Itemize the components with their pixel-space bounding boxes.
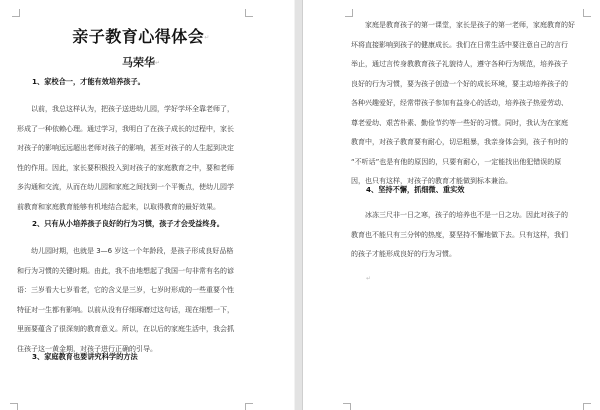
paragraph-line: 尊老爱幼、艰苦朴素、勤俭节约等一些好的习惯。同时，我认为在家庭 <box>351 114 591 134</box>
paragraph-line: 各种兴趣爱好，经常带孩子参加有益身心的活动，培养孩子热爱劳动、 <box>351 94 591 114</box>
paragraph-line: 多沟通和交流，从而在幼儿园和家庭之间找到一个平衡点，使幼儿园学 <box>17 178 257 198</box>
crop-mark-top-right <box>245 9 253 17</box>
section-2-heading: 2、只有从小培养孩子良好的行为习惯，孩子才会受益终身。 <box>32 219 224 229</box>
section-4-heading: 4、坚持不懈，抓细微、重实效 <box>366 185 464 195</box>
paragraph-line: 幼儿园时期，也就是 3—6 岁这一个年龄段，是孩子形成良好品格 <box>17 242 257 262</box>
paragraph-line: 教育中，对孩子教育要有耐心，切忌粗暴，我亲身体会到，孩子有时的 <box>351 133 591 153</box>
section-3-heading: 3、家庭教育也要讲究科学的方法 <box>32 352 138 362</box>
section-2-paragraph: 幼儿园时期，也就是 3—6 岁这一个年龄段，是孩子形成良好品格 和行为习惯的关键… <box>17 242 257 359</box>
paragraph-line: 性的作用。因此，家长要积极投入到对孩子的家庭教育之中，要和老师 <box>17 159 257 179</box>
document-page-1[interactable]: 亲子教育心得体会↵ 马荣华↵ 1、家校合一，才能有效培养孩子。 以前，我总这样认… <box>0 0 294 410</box>
section-4-paragraph: 冰冻三尺非一日之寒，孩子的培养也不是一日之功。因此对孩子的 教育也不能只有三分钟… <box>351 206 591 265</box>
document-title-text: 亲子教育心得体会 <box>72 27 204 46</box>
document-author: 马荣华↵ <box>0 54 282 70</box>
paragraph-line: 教育也不能只有三分钟的热度，要坚持不懈地做下去。只有这样，我们 <box>351 226 591 246</box>
document-title: 亲子教育心得体会↵ <box>0 24 282 47</box>
paragraph-line: 冰冻三尺非一日之寒，孩子的培养也不是一日之功。因此对孩子的 <box>351 206 591 226</box>
crop-mark-bottom-left <box>343 403 351 410</box>
paragraph-mark-icon: ↵ <box>366 275 371 282</box>
document-page-2[interactable]: 家庭是教育孩子的第一课堂，家长是孩子的第一老师，家庭教育的好 坏将直接影响到孩子… <box>303 0 600 410</box>
paragraph-mark-icon: ↵ <box>204 34 210 41</box>
paragraph-line: 形成了一种依赖心理。通过学习，我明白了在孩子成长的过程中，家长 <box>17 120 257 140</box>
crop-mark-top-left <box>12 9 20 17</box>
paragraph-line: 家庭是教育孩子的第一课堂，家长是孩子的第一老师，家庭教育的好 <box>351 16 591 36</box>
paragraph-line: 语：三岁看大七岁看老，它的含义是三岁，七岁时形成的一些重要个性 <box>17 281 257 301</box>
author-name: 马荣华 <box>122 56 155 69</box>
crop-mark-bottom-right <box>583 403 591 410</box>
paragraph-mark-icon: ↵ <box>155 60 160 67</box>
crop-mark-bottom-left <box>10 403 18 410</box>
paragraph-line: 的孩子才能形成良好的行为习惯。 <box>351 245 591 265</box>
paragraph-line: 以前，我总这样认为，把孩子送进幼儿园，学好学坏全靠老师了， <box>17 100 257 120</box>
section-1-heading: 1、家校合一，才能有效培养孩子。 <box>32 77 145 87</box>
page-separator <box>294 0 303 410</box>
paragraph-line: 良好的行为习惯，要为孩子创造一个好的成长环境，要主动培养孩子的 <box>351 75 591 95</box>
paragraph-line: 举止，通过言传身教教育孩子礼貌待人，遵守各种行为规范，培养孩子 <box>351 55 591 75</box>
paragraph-line: 对孩子的影响远远超出老师对孩子的影响，甚至对孩子的人生起到决定 <box>17 139 257 159</box>
paragraph-line: 前教育和家庭教育能够有机地结合起来，以取得教育的最好效果。 <box>17 198 257 218</box>
paragraph-line: 和行为习惯的关键时期。由此，我不由地想起了我国一句非常有名的谚 <box>17 262 257 282</box>
paragraph-line: “不听话”也是有他的原因的，只要有耐心，一定能找出他犯错误的原 <box>351 153 591 173</box>
section-3-paragraph: 家庭是教育孩子的第一课堂，家长是孩子的第一老师，家庭教育的好 坏将直接影响到孩子… <box>351 16 591 192</box>
paragraph-line: 坏将直接影响到孩子的健康成长。我们在日常生活中要注意自己的言行 <box>351 36 591 56</box>
crop-mark-bottom-right <box>245 403 253 410</box>
paragraph-line: 里面要蕴含了很深刻的教育意义。所以，在以后的家庭生活中，我会抓 <box>17 320 257 340</box>
paragraph-line: 特征对一生都有影响。以前从没有仔细琢磨过这句话，现在细想一下， <box>17 301 257 321</box>
section-1-paragraph: 以前，我总这样认为，把孩子送进幼儿园，学好学坏全靠老师了， 形成了一种依赖心理。… <box>17 100 257 217</box>
